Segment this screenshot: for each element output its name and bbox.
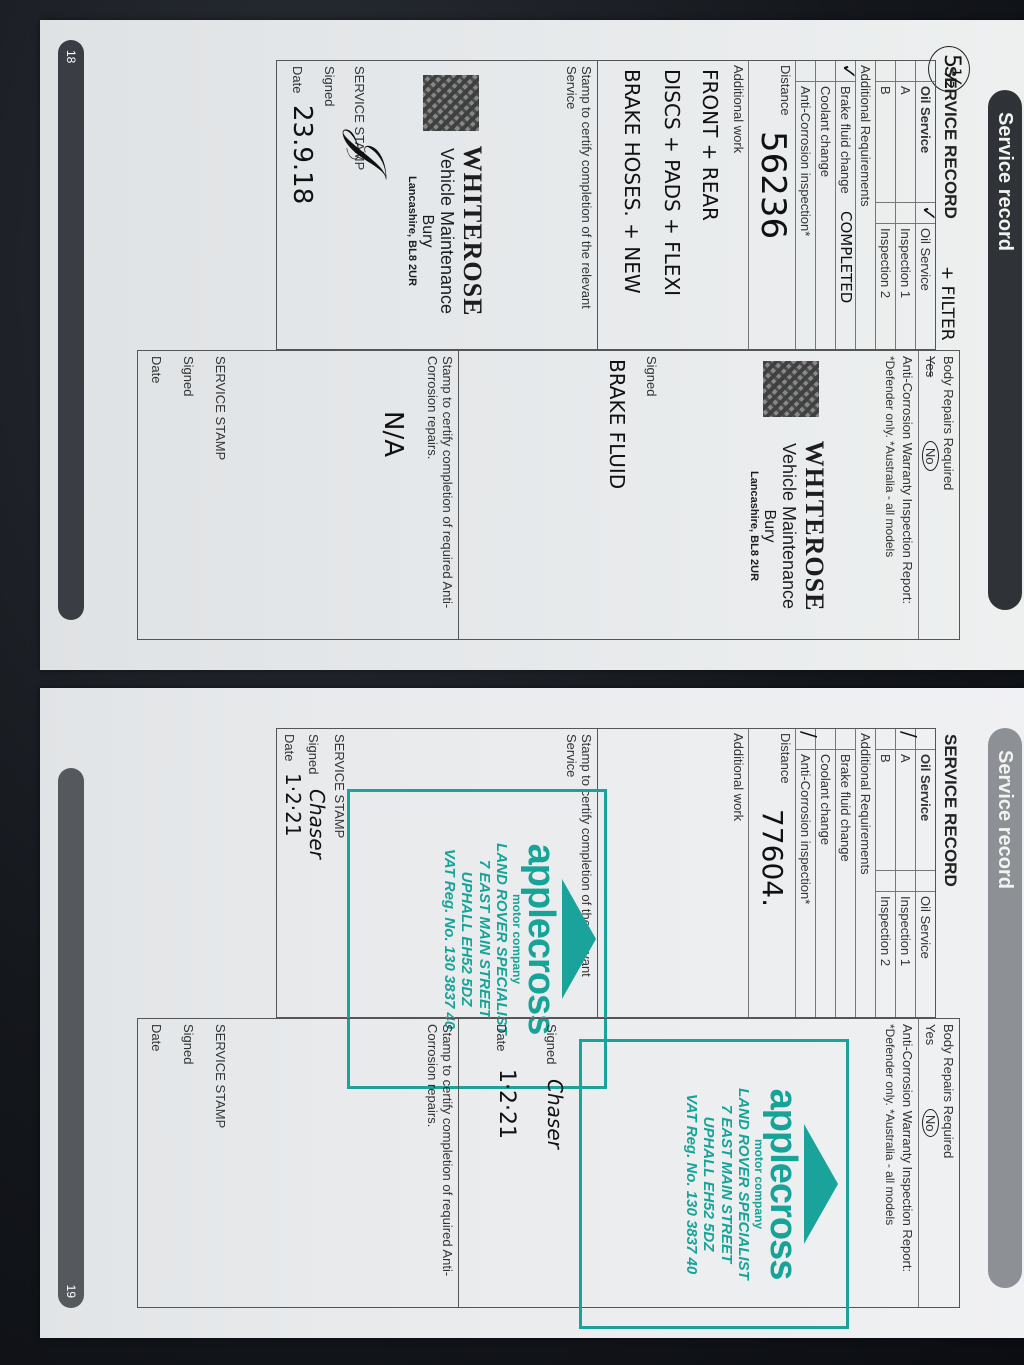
service-stamp-area: Stamp to certify completion of the relev… — [276, 728, 597, 1018]
checkbox-b[interactable] — [876, 61, 895, 82]
header-tab: Service record — [988, 90, 1022, 610]
signature: 𝒥 — [340, 131, 397, 164]
oil-service-checkbox[interactable]: ✓ — [916, 203, 935, 224]
oil-service-header: Oil Service — [916, 82, 935, 203]
section-title: SERVICE RECORD — [940, 734, 960, 1018]
service-record-right: SERVICE RECORD Oil Service Oil Service /… — [100, 728, 960, 1018]
anticorrosion-checkbox[interactable]: / — [796, 729, 815, 750]
body-repairs-no-circled[interactable]: No — [922, 1109, 939, 1138]
service-form: Oil Service Oil Service / A Inspection 1… — [597, 728, 936, 1018]
inspection-2-checkbox[interactable] — [876, 203, 895, 224]
inspection-1-checkbox[interactable] — [896, 871, 915, 892]
oil-service-note: + FILTER — [937, 266, 957, 341]
date-value: 1·2·21 — [281, 773, 305, 837]
signature: Chaser — [305, 789, 329, 859]
mountain-logo-icon — [562, 879, 596, 999]
header-tab: Service record — [988, 728, 1022, 1288]
inspection-1-checkbox[interactable] — [896, 203, 915, 224]
page-18: Service record SERVICE RECORD 5½ Oil Ser… — [40, 20, 1024, 670]
service-record-left: SERVICE RECORD 5½ Oil Service ✓ Oil Serv… — [100, 60, 960, 350]
checkbox-b[interactable] — [876, 729, 895, 750]
coolant-checkbox[interactable] — [816, 61, 835, 82]
whiterose-stamp: WHITEROSE Vehicle Maintenance Bury Lanca… — [406, 131, 487, 331]
service-stamp-area: Stamp to certify completion of the relev… — [276, 60, 597, 350]
mountain-logo-icon — [804, 1124, 838, 1244]
date-value: 23.9.18 — [287, 105, 317, 204]
handwritten-hours: 5½ — [939, 54, 964, 89]
repairs-note: N/A — [378, 411, 408, 457]
page-19: Service record SERVICE RECORD Oil Servic… — [40, 688, 1024, 1338]
whiterose-stamp: WHITEROSE Vehicle Maintenance Bury Lanca… — [748, 421, 829, 631]
applecross-stamp: applecross motor company LAND ROVER SPEC… — [579, 1039, 849, 1329]
page-number: 19 — [58, 768, 84, 1308]
body-repairs-right: Body Repairs Required Yes No Anti-Corros… — [100, 1018, 960, 1308]
service-booklet-spread: Service record SERVICE RECORD 5½ Oil Ser… — [40, 20, 1024, 1350]
stamp-qr-icon — [423, 75, 479, 131]
inspection-2-checkbox[interactable] — [876, 871, 895, 892]
body-repairs-left: Body Repairs Required Yes No Anti-Corros… — [100, 350, 960, 640]
brake-fluid-note: COMPLETED — [837, 211, 855, 303]
stamp-qr-icon — [763, 361, 819, 417]
anticorrosion-checkbox[interactable] — [796, 61, 815, 82]
oil-service-checkbox[interactable] — [916, 871, 935, 892]
body-repairs-no-circled[interactable]: No — [922, 441, 939, 472]
brake-fluid-checkbox[interactable]: ✓ — [836, 61, 855, 82]
checkbox-a[interactable]: / — [896, 729, 915, 750]
checkbox-a[interactable] — [896, 61, 915, 82]
service-form: Oil Service ✓ Oil Service A Inspection 1… — [597, 60, 936, 350]
brake-fluid-checkbox[interactable] — [836, 729, 855, 750]
page-number: 18 — [58, 40, 84, 620]
distance-value: 77604. — [756, 809, 789, 907]
distance-value: 56236 — [753, 131, 793, 239]
